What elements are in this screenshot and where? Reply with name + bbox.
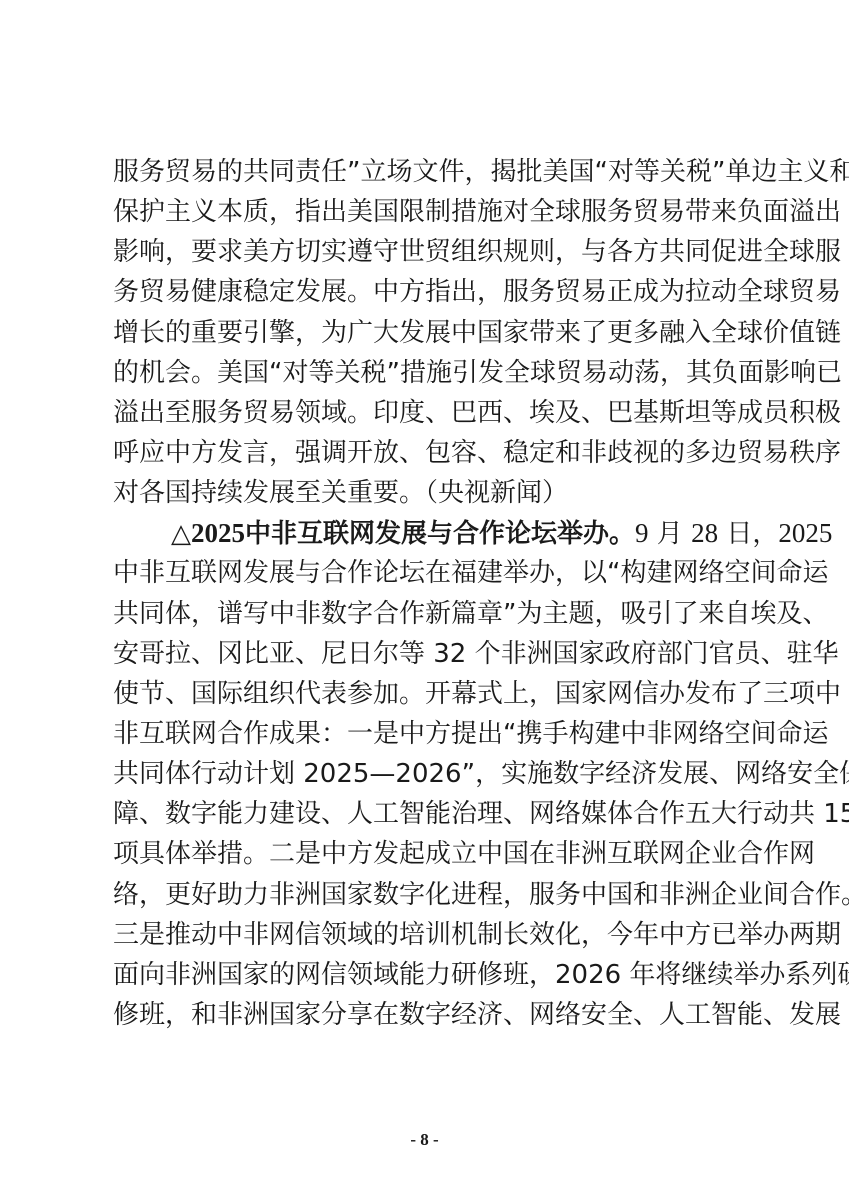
text-line: 的机会。美国“对等关税”措施引发全球贸易动荡，其负面影响已 [113, 353, 763, 393]
text-line: 非互联网合作成果：一是中方提出“携手构建中非网络空间命运 [113, 714, 763, 754]
text-line: 修班，和非洲国家分享在数字经济、网络安全、人工智能、发展 [113, 995, 763, 1035]
section-heading-line: △2025中非互联网发展与合作论坛举办。9 月 28 日，2025 [113, 513, 763, 553]
text-line: 增长的重要引擎，为广大发展中国家带来了更多融入全球价值链 [113, 313, 763, 353]
text-line: 影响，要求美方切实遵守世贸组织规则，与各方共同促进全球服 [113, 232, 763, 272]
text-line: 络，更好助力非洲国家数字化进程，服务中国和非洲企业间合作。 [113, 875, 763, 915]
heading-year: 2025 [191, 518, 245, 548]
date-month-label: 月 [657, 519, 683, 549]
text-line: 中非互联网发展与合作论坛在福建举办，以“构建网络空间命运 [113, 553, 763, 593]
body-text: 服务贸易的共同责任”立场文件，揭批美国“对等关税”单边主义和 保护主义本质，指出… [113, 152, 763, 1035]
year-text: 2025 [778, 518, 832, 548]
text-line: 使节、国际组织代表参加。开幕式上，国家网信办发布了三项中 [113, 674, 763, 714]
triangle-marker-icon: △ [171, 519, 191, 549]
page-number: - 8 - [0, 1130, 849, 1150]
date-day: 9 [635, 518, 649, 548]
text-line: 务贸易健康稳定发展。中方指出，服务贸易正成为拉动全球贸易 [113, 272, 763, 312]
text-line: 对各国持续发展至关重要。（央视新闻） [113, 473, 763, 513]
text-line: 共同体，谱写中非数字合作新篇章”为主题，吸引了来自埃及、 [113, 594, 763, 634]
section-heading: 中非互联网发展与合作论坛举办。 [245, 519, 635, 549]
date-day-label: 日， [726, 519, 778, 549]
text-line: 保护主义本质，指出美国限制措施对全球服务贸易带来负面溢出 [113, 192, 763, 232]
text-line: 项具体举措。二是中方发起成立中国在非洲互联网企业合作网 [113, 834, 763, 874]
document-page: 服务贸易的共同责任”立场文件，揭批美国“对等关税”单边主义和 保护主义本质，指出… [0, 0, 849, 1200]
text-line: 呼应中方发言，强调开放、包容、稳定和非歧视的多边贸易秩序 [113, 433, 763, 473]
text-line: 共同体行动计划 2025—2026”，实施数字经济发展、网络安全保 [113, 754, 763, 794]
text-line: 三是推动中非网信领域的培训机制长效化，今年中方已举办两期 [113, 915, 763, 955]
text-line: 障、数字能力建设、人工智能治理、网络媒体合作五大行动共 15 [113, 794, 763, 834]
text-line: 安哥拉、冈比亚、尼日尔等 32 个非洲国家政府部门官员、驻华 [113, 634, 763, 674]
date-date: 28 [691, 518, 718, 548]
text-line: 面向非洲国家的网信领域能力研修班，2026 年将继续举办系列研 [113, 955, 763, 995]
text-line: 溢出至服务贸易领域。印度、巴西、埃及、巴基斯坦等成员积极 [113, 393, 763, 433]
text-line: 服务贸易的共同责任”立场文件，揭批美国“对等关税”单边主义和 [113, 152, 763, 192]
